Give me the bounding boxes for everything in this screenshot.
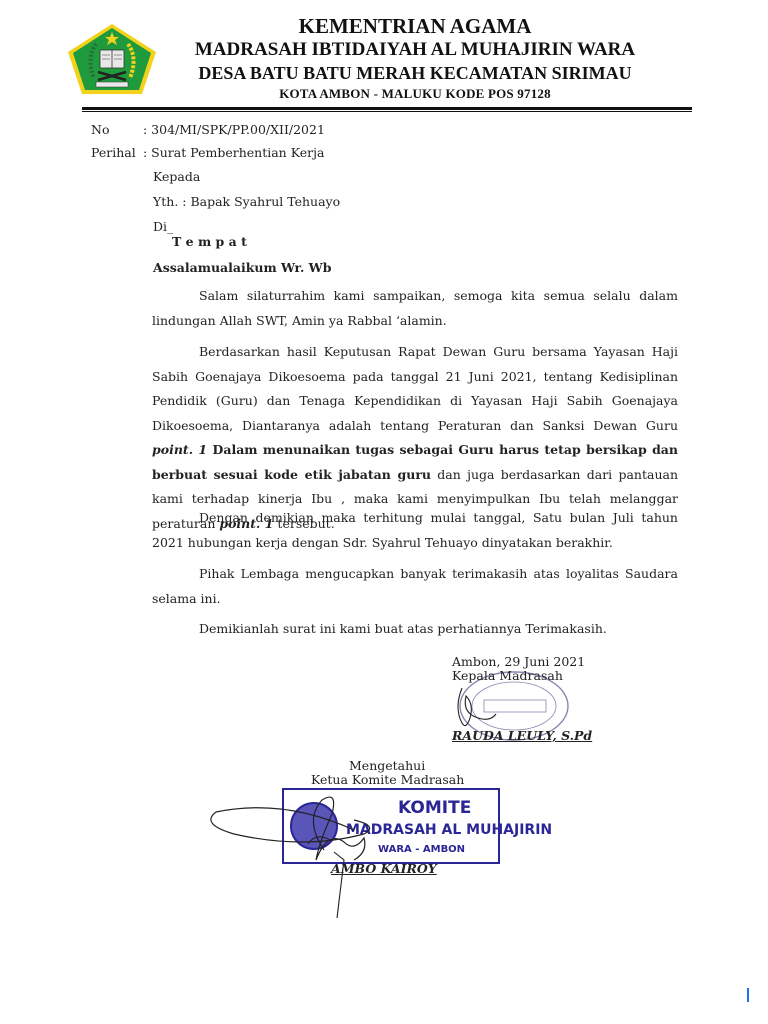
letterhead-district: DESA BATU BATU MERAH KECAMATAN SIRIMAU	[150, 63, 680, 84]
recipient-di: Di_	[153, 219, 173, 234]
paragraph-greeting: Salam silaturrahim kami sampaikan, semog…	[152, 284, 678, 333]
recipient-kepada: Kepada	[153, 169, 200, 184]
letterhead-city-postcode: KOTA AMBON - MALUKU KODE POS 97128	[150, 86, 680, 102]
subject-label: Perihal	[91, 145, 136, 160]
subject-value: : Surat Pemberhentian Kerja	[143, 145, 324, 160]
paragraph-termination: Dengan demikian maka terhitung mulai tan…	[152, 506, 678, 555]
greeting: Assalamualaikum Wr. Wb	[153, 260, 331, 275]
letterhead-divider-thin	[82, 111, 692, 112]
letterhead-divider	[82, 107, 692, 110]
place-date: Ambon, 29 Juni 2021	[452, 654, 585, 669]
head-title: Kepala Madrasah	[452, 668, 563, 683]
number-value: : 304/MI/SPK/PP.00/XII/2021	[143, 122, 325, 137]
head-name: RAUDA LEULY, S.Pd	[452, 728, 592, 743]
kementerian-agama-logo-icon	[66, 22, 158, 96]
stamp-komite-text: KOMITE	[398, 798, 471, 818]
committee-name: AMBO KAIROY	[331, 861, 437, 876]
committee-signature-icon	[204, 790, 404, 920]
letterhead-ministry: KEMENTRIAN AGAMA	[150, 14, 680, 39]
paragraph-closing: Demikianlah surat ini kami buat atas per…	[152, 617, 678, 642]
paragraph-thanks: Pihak Lembaga mengucapkan banyak terimak…	[152, 562, 678, 611]
number-label: No	[91, 122, 109, 137]
point-reference: point. 1	[152, 442, 207, 457]
acknowledged-label: Mengetahui	[349, 758, 425, 773]
letterhead-school-name: MADRASAH IBTIDAIYAH AL MUHAJIRIN WARA	[150, 39, 680, 61]
recipient-name: Yth. : Bapak Syahrul Tehuayo	[153, 194, 340, 209]
recipient-place: T e m p a t	[172, 234, 247, 249]
scrollbar-indicator[interactable]	[747, 988, 749, 1002]
committee-title: Ketua Komite Madrasah	[311, 772, 464, 787]
